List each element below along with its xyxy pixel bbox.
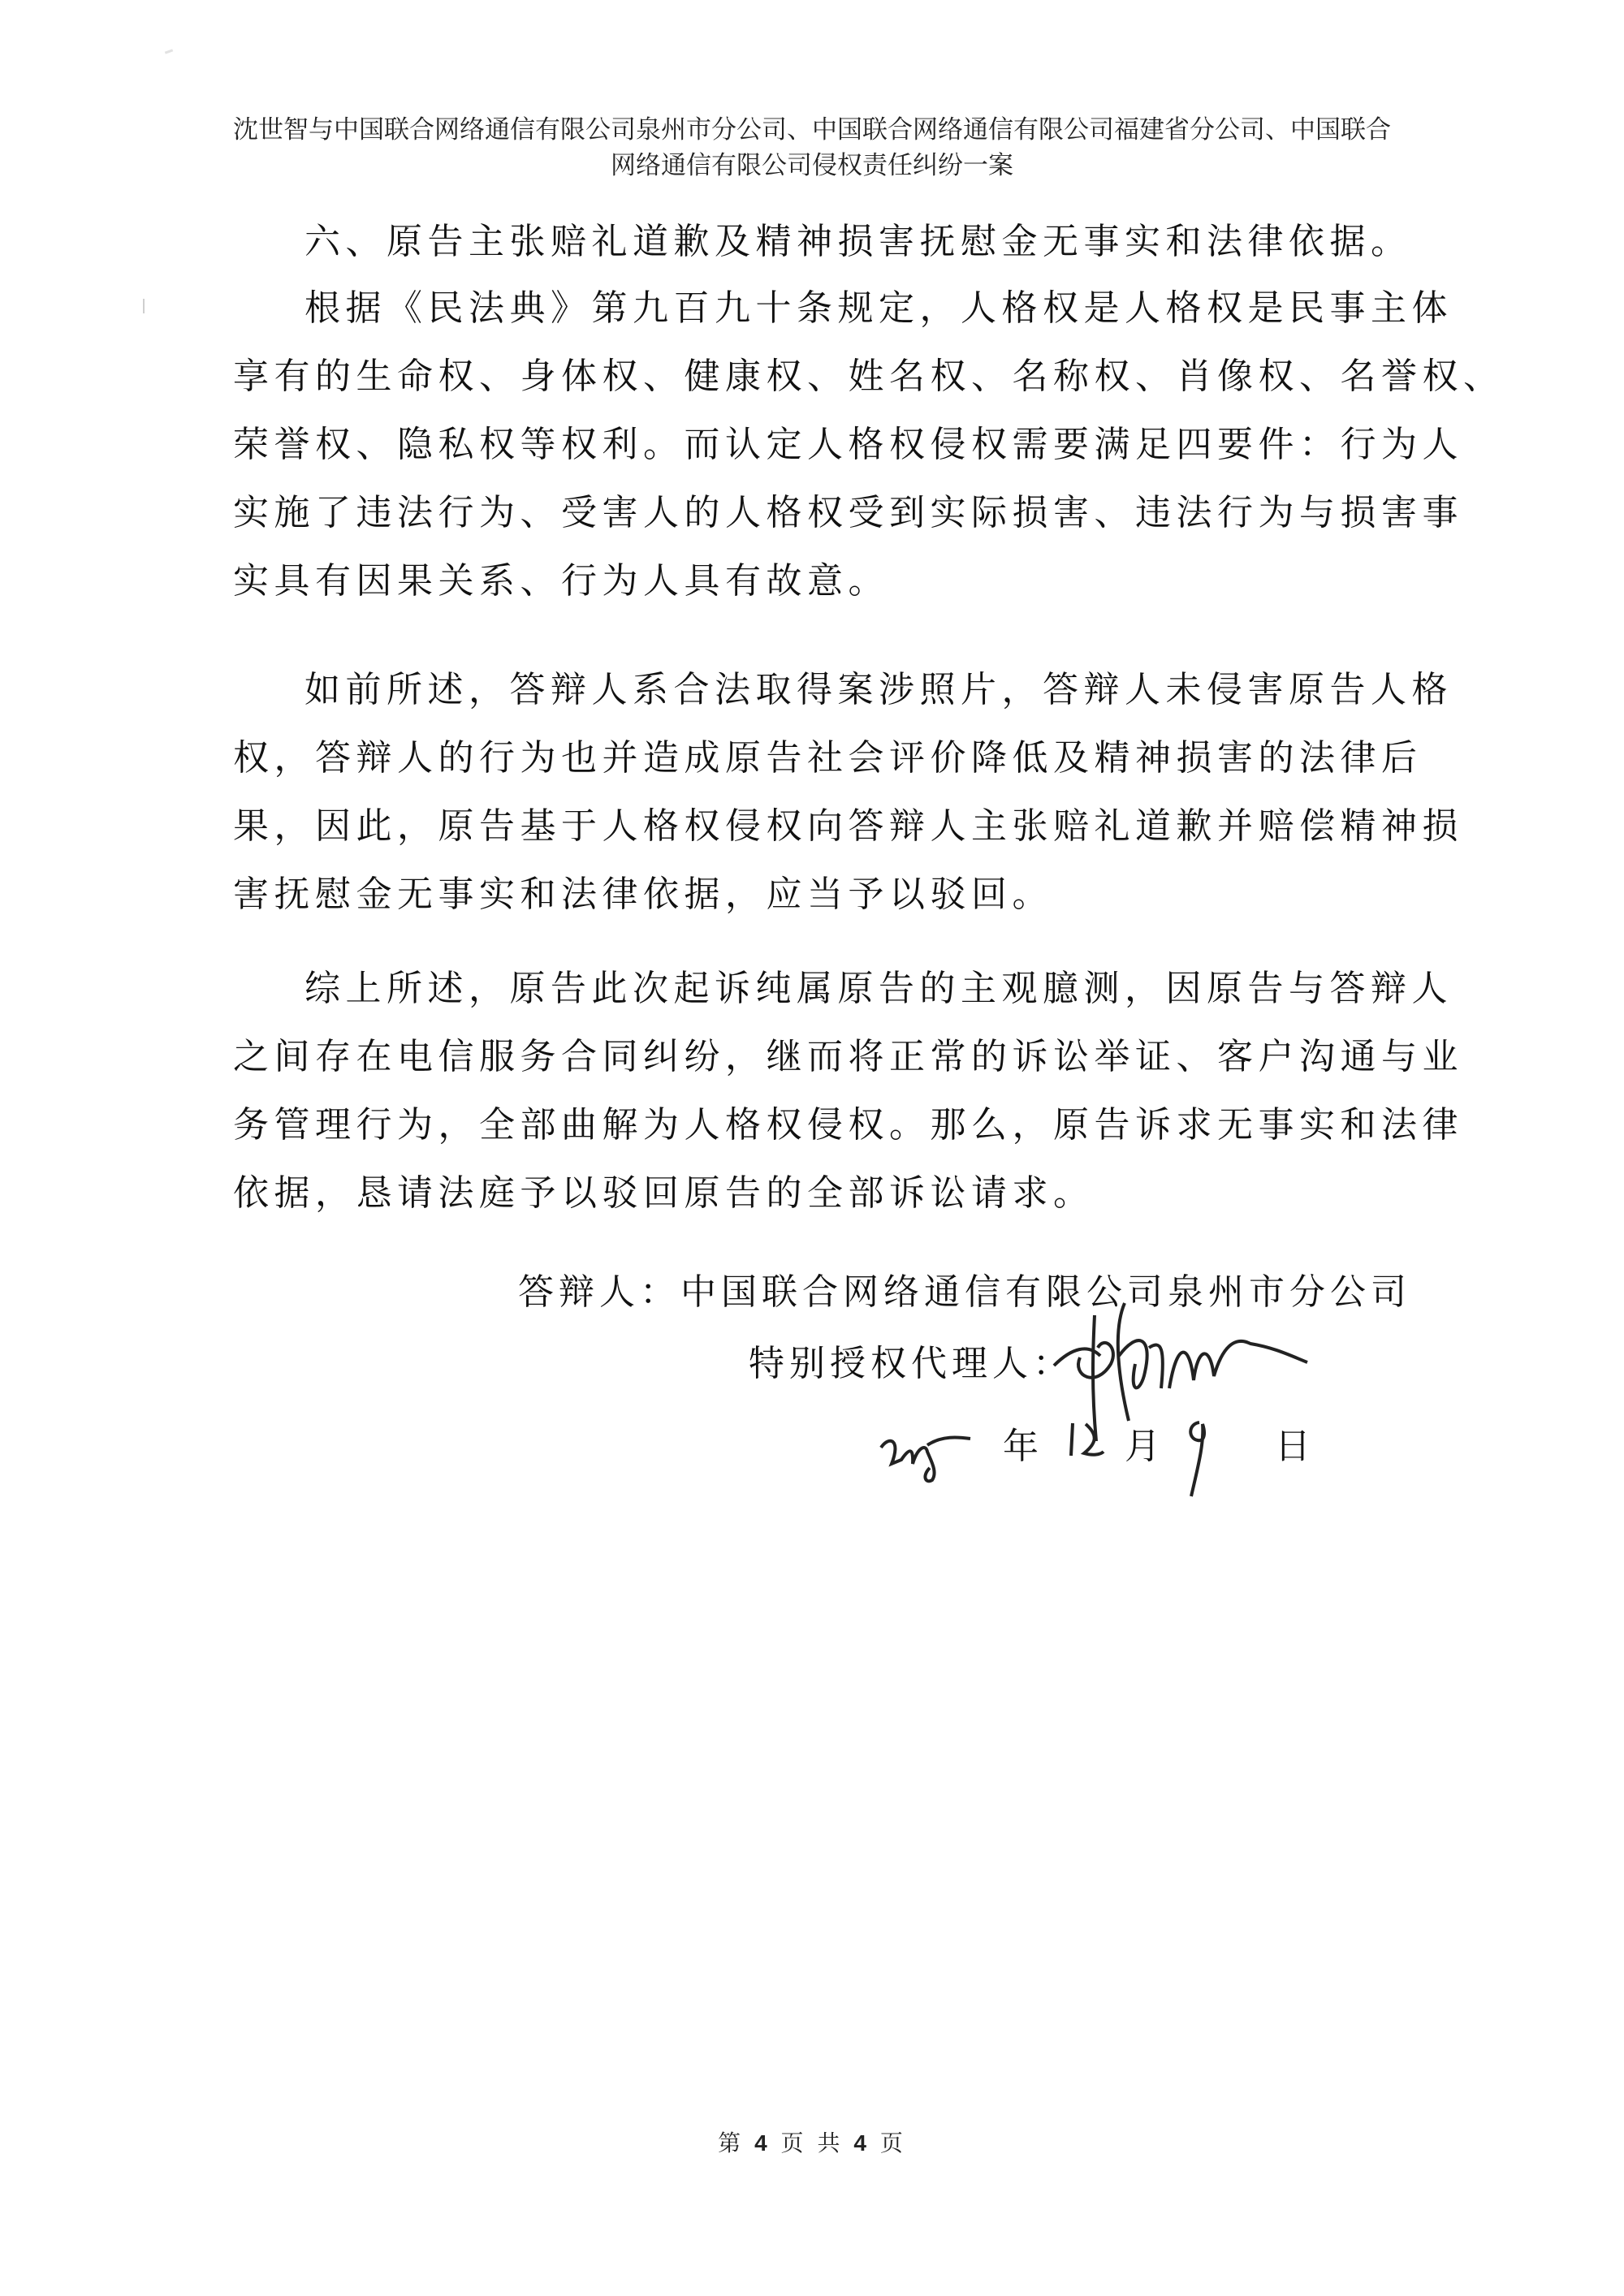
footer-prefix: 第 (718, 2130, 744, 2156)
handwritten-month (1068, 1419, 1108, 1468)
handwritten-day (1181, 1419, 1214, 1500)
date-year-char: 年 (1003, 1422, 1039, 1471)
date-day-char: 日 (1275, 1422, 1311, 1471)
paragraph-line: 害抚慰金无事实和法律依据，应当予以驳回。 (233, 870, 1053, 919)
case-header-line-2: 网络通信有限公司侵权责任纠纷一案 (227, 148, 1397, 183)
total-page-count: 4 (853, 2130, 870, 2156)
paragraph-line: 依据，恳请法庭予以驳回原告的全部诉讼请求。 (233, 1169, 1095, 1218)
scan-artifact (143, 299, 145, 313)
paragraph-line: 如前所述，答辩人系合法取得案涉照片，答辩人未侵害原告人格 (304, 666, 1453, 714)
paragraph-line: 荣誉权、隐私权等权利。而认定人格权侵权需要满足四要件：行为人 (233, 421, 1463, 469)
paragraph-line: 权，答辩人的行为也并造成原告社会评价降低及精神损害的法律后 (233, 734, 1423, 783)
date-month-char: 月 (1125, 1422, 1160, 1471)
section-heading: 六、原告主张赔礼道歉及精神损害抚慰金无事实和法律依据。 (304, 218, 1412, 266)
paragraph-line: 之间存在电信服务合同纠纷，继而将正常的诉讼举证、客户沟通与业 (233, 1033, 1463, 1081)
case-header-line-1: 沈世智与中国联合网络通信有限公司泉州市分公司、中国联合网络通信有限公司福建省分公… (227, 112, 1397, 148)
handwritten-signature (1047, 1299, 1324, 1445)
respondent-label: 答辩人：中国联合网络通信有限公司泉州市分公司 (518, 1268, 1411, 1317)
handwritten-year (877, 1427, 974, 1484)
paragraph-line: 果，因此，原告基于人格权侵权向答辩人主张赔礼道歉并赔偿精神损 (233, 802, 1463, 851)
paragraph-line: 务管理行为，全部曲解为人格权侵权。那么，原告诉求无事实和法律 (233, 1101, 1463, 1150)
paragraph-line: 综上所述，原告此次起诉纯属原告的主观臆测，因原告与答辩人 (304, 965, 1453, 1013)
footer-middle: 页 共 (781, 2130, 844, 2156)
authorized-agent-label: 特别授权代理人： (749, 1340, 1073, 1388)
case-header: 沈世智与中国联合网络通信有限公司泉州市分公司、中国联合网络通信有限公司福建省分公… (227, 112, 1397, 183)
paragraph-line: 根据《民法典》第九百九十条规定，人格权是人格权是民事主体 (304, 284, 1453, 333)
current-page-number: 4 (754, 2130, 771, 2156)
footer-suffix: 页 (880, 2130, 906, 2156)
paragraph-line: 实施了违法行为、受害人的人格权受到实际损害、违法行为与损害事 (233, 489, 1463, 537)
page-footer: 第 4 页 共 4 页 (0, 2126, 1624, 2158)
paragraph-line: 享有的生命权、身体权、健康权、姓名权、名称权、肖像权、名誉权、 (233, 352, 1505, 401)
scan-artifact (165, 49, 173, 54)
paragraph-line: 实具有因果关系、行为人具有故意。 (233, 557, 889, 606)
